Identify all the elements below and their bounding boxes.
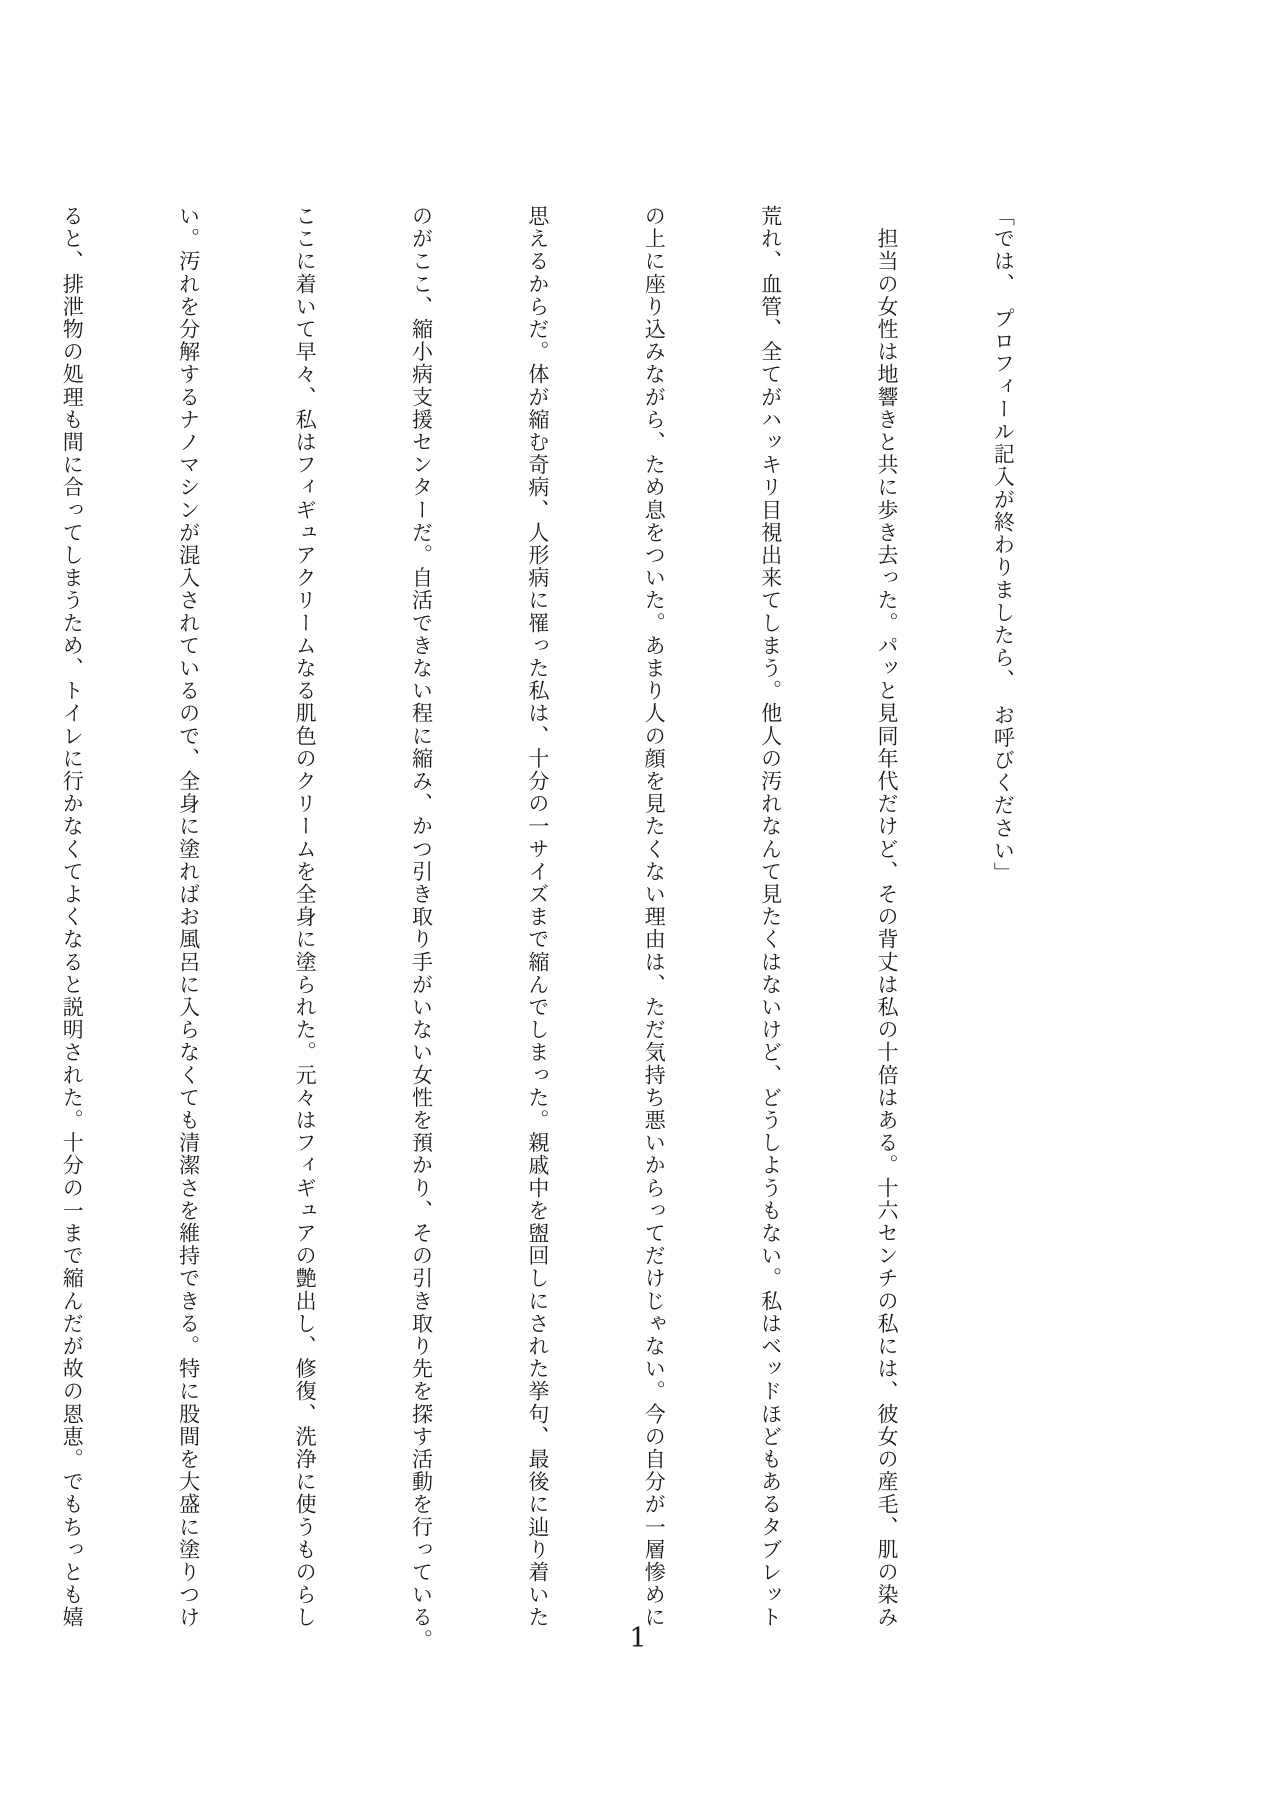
text-column: 思えるからだ。体が縮む奇病、人形病に罹った私は、十分の一サイズまで縮んでしまった… — [518, 205, 557, 1675]
novel-page: 「では、 プロフィール記入が終わりましたら、 お呼びください」 担当の女性は地響… — [0, 0, 1280, 1810]
text-column: 荒れ、血管、全てがハッキリ目視出来てしまう。他人の汚れなんて見たくはないけど、ど… — [751, 205, 790, 1675]
page-number: 1 — [0, 1625, 1276, 1652]
vertical-text-block: 「では、 プロフィール記入が終わりましたら、 お呼びください」 担当の女性は地響… — [0, 205, 1100, 1675]
text-column: 担当の女性は地響きと共に歩き去った。パッと見同年代だけど、その背丈は私の十倍はあ… — [867, 205, 906, 1675]
text-column: ここに着いて早々、私はフィギュアクリームなる肌色のクリームを全身に塗られた。元々… — [285, 205, 324, 1675]
text-column: のがここ、縮小病支援センターだ。自活できない程に縮み、かつ引き取り手がいない女性… — [402, 205, 441, 1675]
text-column: 「では、 プロフィール記入が終わりましたら、 お呼びください」 — [984, 205, 1023, 1675]
text-column: の上に座り込みながら、ため息をついた。あまり人の顔を見たくない理由は、ただ気持ち… — [634, 205, 673, 1675]
text-column: ると、排泄物の処理も間に合ってしまうため、トイレに行かなくてよくなると説明された… — [52, 205, 91, 1675]
text-column: い。汚れを分解するナノマシンが混入されているので、全身に塗ればお風呂に入らなくて… — [169, 205, 208, 1675]
